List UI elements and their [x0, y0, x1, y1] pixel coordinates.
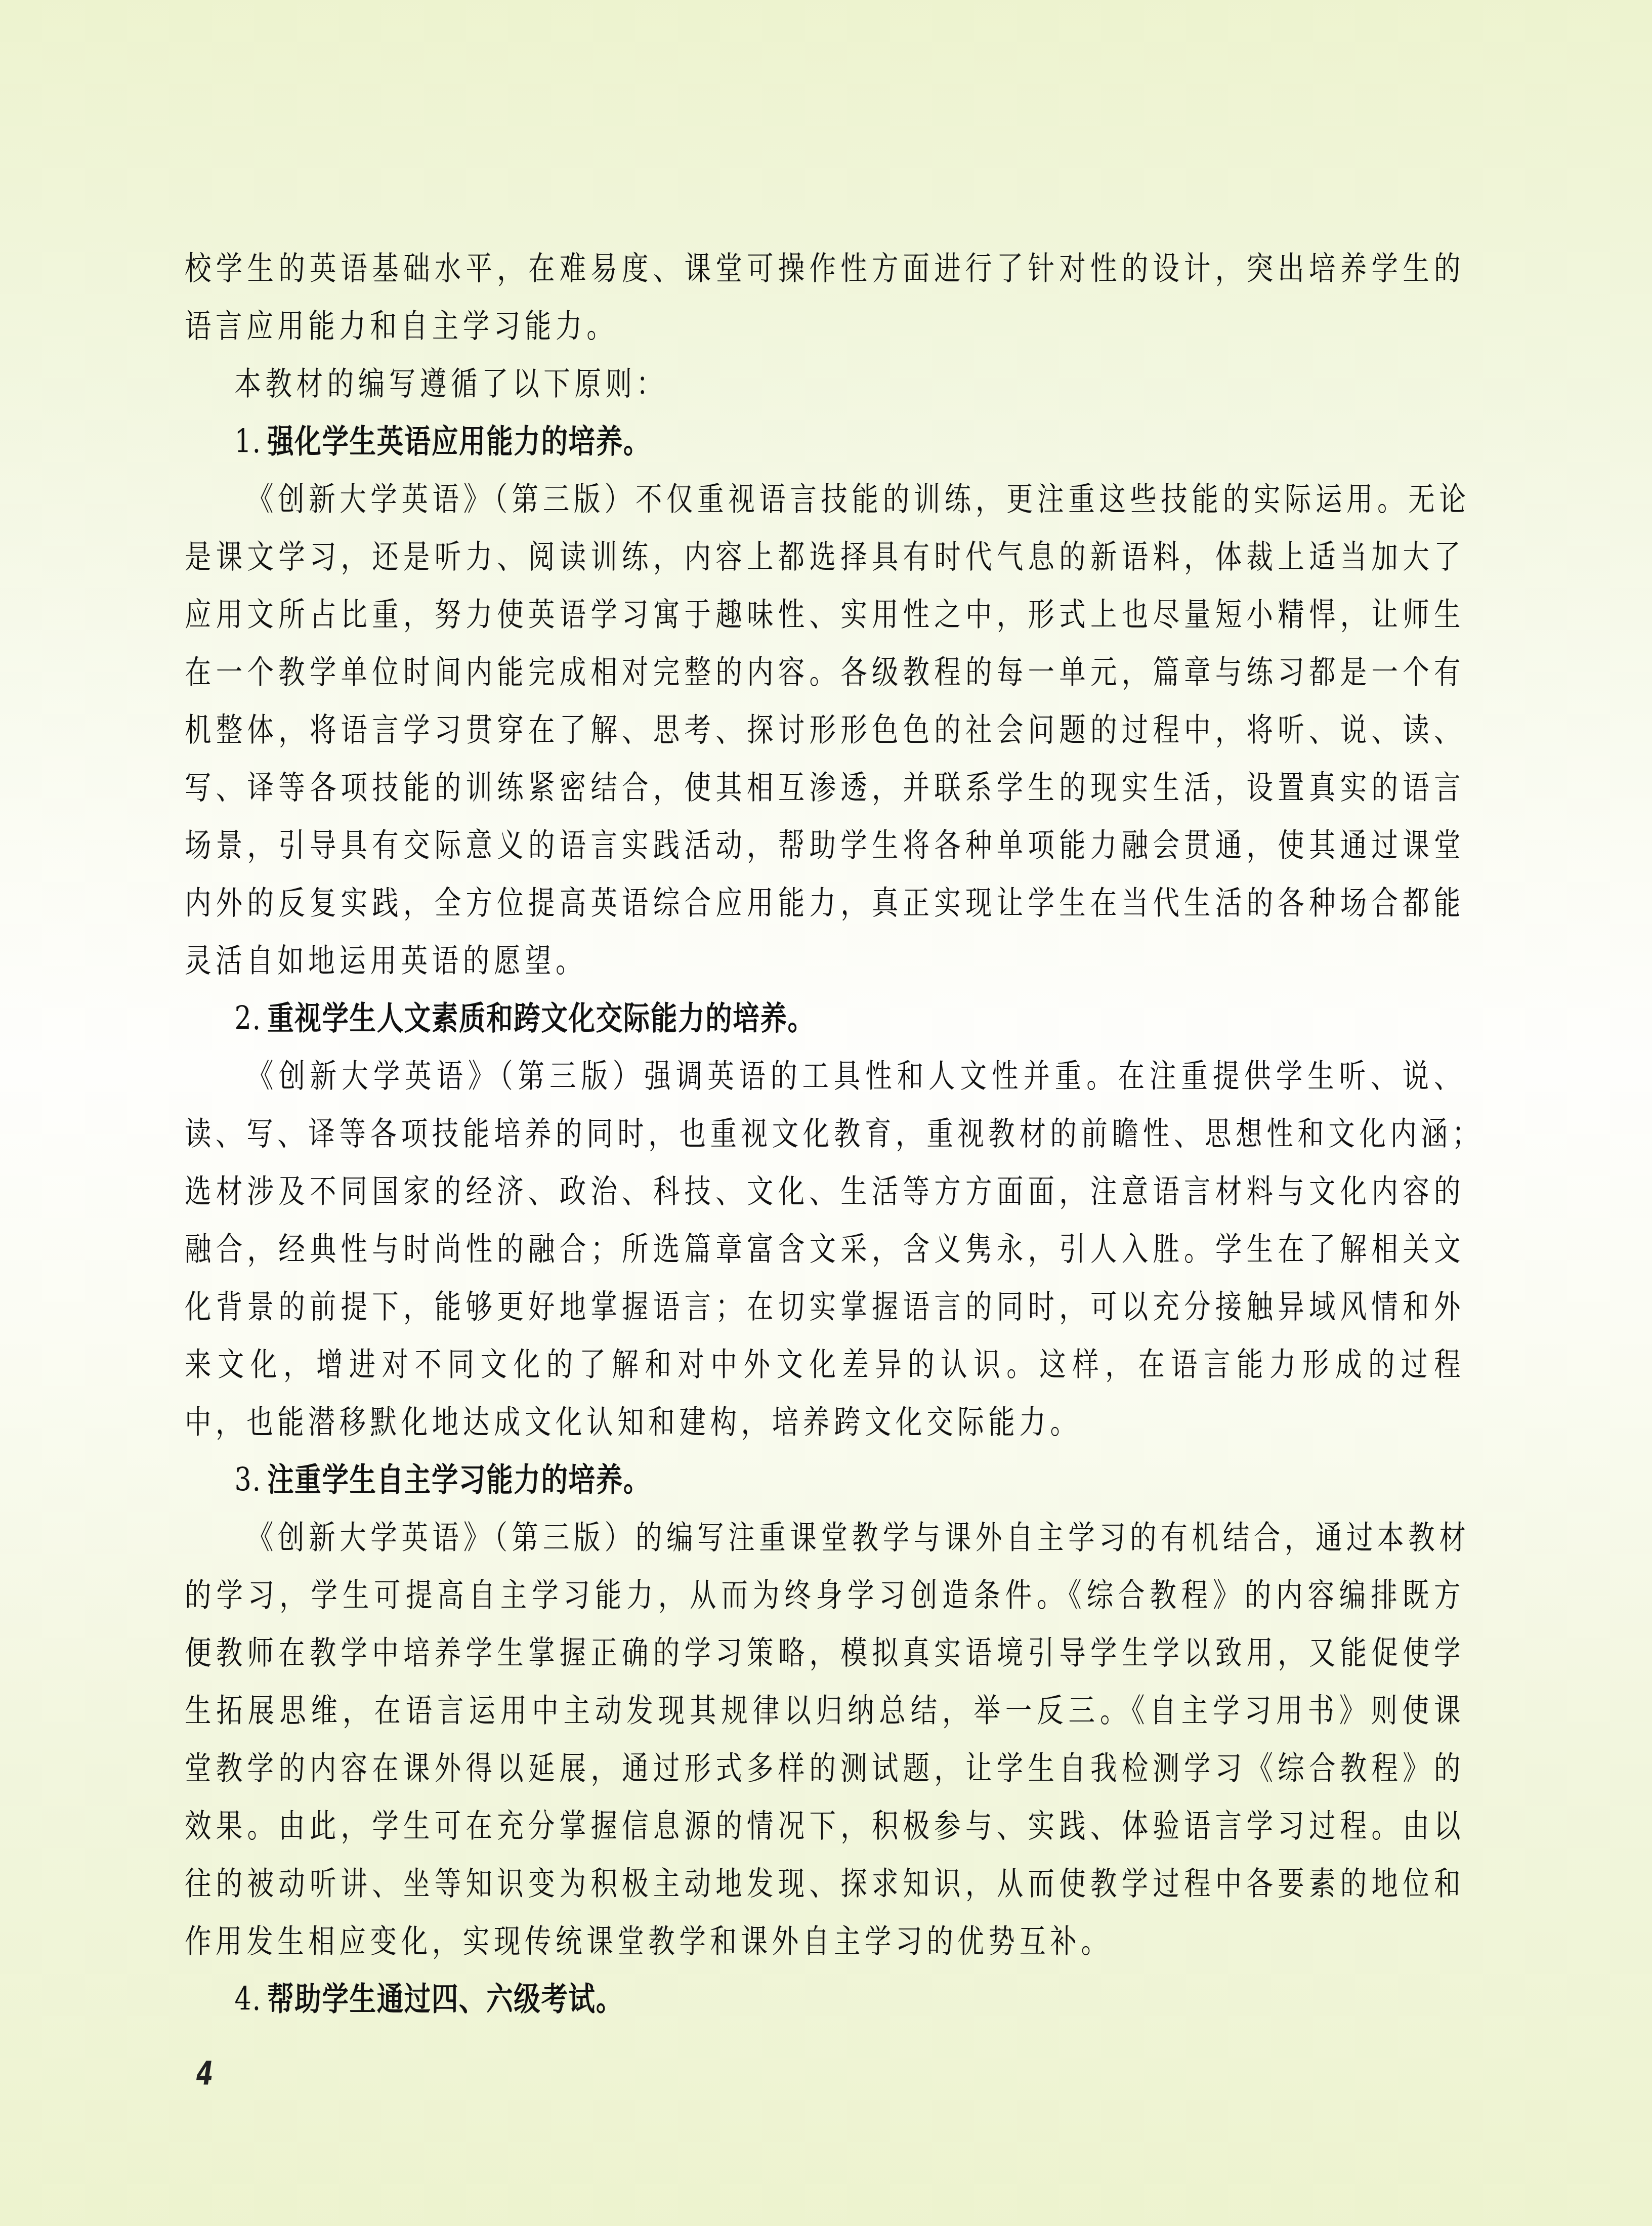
- section-number: 3.: [234, 1461, 261, 1499]
- section-title: 强化学生英语应用能力的培养。: [267, 423, 651, 460]
- text-line: 写、译等各项技能的训练紧密结合，使其相互渗透，并联系学生的现实生活，设置真实的语…: [185, 759, 1465, 817]
- text-line: 堂教学的内容在课外得以延展，通过形式多样的测试题，让学生自我检测学习《综合教程》…: [185, 1740, 1465, 1797]
- text-line: 融合，经典性与时尚性的融合；所选篇章富含文采，含义隽永，引人入胜。学生在了解相关…: [185, 1221, 1465, 1278]
- text-line: 是课文学习，还是听力、阅读训练，内容上都选择具有时代气息的新语料，体裁上适当加大…: [185, 528, 1465, 586]
- text-line: 《创新大学英语》（第三版）不仅重视语言技能的训练，更注重这些技能的实际运用。无论: [185, 471, 1465, 528]
- text-line: 往的被动听讲、坐等知识变为积极主动地发现、探求知识，从而使教学过程中各要素的地位…: [185, 1855, 1465, 1913]
- page-number: 4: [196, 2055, 213, 2093]
- text-line: 效果。由此，学生可在充分掌握信息源的情况下，积极参与、实践、体验语言学习过程。由…: [185, 1797, 1465, 1855]
- text-line: 生拓展思维，在语言运用中主动发现其规律以归纳总结，举一反三。《自主学习用书》则使…: [185, 1682, 1465, 1740]
- section-heading: 1.强化学生英语应用能力的培养。: [185, 413, 1235, 471]
- text-line: 读、写、译等各项技能培养的同时，也重视文化教育，重视教材的前瞻性、思想性和文化内…: [185, 1105, 1465, 1163]
- opening-paragraph: 校学生的英语基础水平，在难易度、课堂可操作性方面进行了针对性的设计，突出培养学生…: [185, 240, 1465, 355]
- text-line: 便教师在教学中培养学生掌握正确的学习策略，模拟真实语境引导学生学以致用，又能促使…: [185, 1624, 1465, 1682]
- section-title: 注重学生自主学习能力的培养。: [267, 1461, 651, 1499]
- section-heading: 2.重视学生人文素质和跨文化交际能力的培养。: [185, 990, 1235, 1047]
- section-number: 2.: [234, 1000, 261, 1037]
- text-line: 语言应用能力和自主学习能力。: [185, 298, 1465, 355]
- text-line: 作用发生相应变化，实现传统课堂教学和课外自主学习的优势互补。: [185, 1913, 1465, 1970]
- section-title: 重视学生人文素质和跨文化交际能力的培养。: [267, 999, 815, 1037]
- principles-intro: 本教材的编写遵循了以下原则：: [185, 355, 1235, 413]
- section-number: 1.: [234, 423, 261, 460]
- text-line: 在一个教学单位时间内能完成相对完整的内容。各级教程的每一单元，篇章与练习都是一个…: [185, 644, 1465, 701]
- section-heading: 3.注重学生自主学习能力的培养。: [185, 1451, 1235, 1509]
- text-line: 中，也能潜移默化地达成文化认知和建构，培养跨文化交际能力。: [185, 1394, 1465, 1451]
- text-line: 《创新大学英语》（第三版）强调英语的工具性和人文性并重。在注重提供学生听、说、: [185, 1047, 1465, 1105]
- text-line: 化背景的前提下，能够更好地掌握语言；在切实掌握语言的同时，可以充分接触异域风情和…: [185, 1278, 1465, 1336]
- text-line: 校学生的英语基础水平，在难易度、课堂可操作性方面进行了针对性的设计，突出培养学生…: [185, 240, 1465, 298]
- text-line: 内外的反复实践，全方位提高英语综合应用能力，真正实现让学生在当代生活的各种场合都…: [185, 874, 1465, 932]
- section-number: 4.: [234, 1981, 261, 2018]
- text-line: 《创新大学英语》（第三版）的编写注重课堂教学与课外自主学习的有机结合，通过本教材: [185, 1509, 1465, 1567]
- text-line: 的学习，学生可提高自主学习能力，从而为终身学习创造条件。《综合教程》的内容编排既…: [185, 1567, 1465, 1624]
- text-line: 灵活自如地运用英语的愿望。: [185, 932, 1465, 990]
- section-4: 4.帮助学生通过四、六级考试。: [185, 1970, 1465, 2028]
- section-heading: 4.帮助学生通过四、六级考试。: [185, 1970, 1235, 2028]
- text-line: 应用文所占比重，努力使英语学习寓于趣味性、实用性之中，形式上也尽量短小精悍，让师…: [185, 586, 1465, 644]
- text-line: 场景，引导具有交际意义的语言实践活动，帮助学生将各种单项能力融会贯通，使其通过课…: [185, 817, 1465, 874]
- document-page: 校学生的英语基础水平，在难易度、课堂可操作性方面进行了针对性的设计，突出培养学生…: [185, 240, 1465, 2028]
- text-line: 机整体，将语言学习贯穿在了解、思考、探讨形形色色的社会问题的过程中，将听、说、读…: [185, 701, 1465, 759]
- section-2: 2.重视学生人文素质和跨文化交际能力的培养。 《创新大学英语》（第三版）强调英语…: [185, 990, 1465, 1451]
- text-line: 选材涉及不同国家的经济、政治、科技、文化、生活等方方面面，注意语言材料与文化内容…: [185, 1163, 1465, 1221]
- section-1: 1.强化学生英语应用能力的培养。 《创新大学英语》（第三版）不仅重视语言技能的训…: [185, 413, 1465, 990]
- text-line: 来文化，增进对不同文化的了解和对中外文化差异的认识。这样，在语言能力形成的过程: [185, 1336, 1465, 1394]
- section-title: 帮助学生通过四、六级考试。: [267, 1980, 623, 2018]
- section-3: 3.注重学生自主学习能力的培养。 《创新大学英语》（第三版）的编写注重课堂教学与…: [185, 1451, 1465, 1970]
